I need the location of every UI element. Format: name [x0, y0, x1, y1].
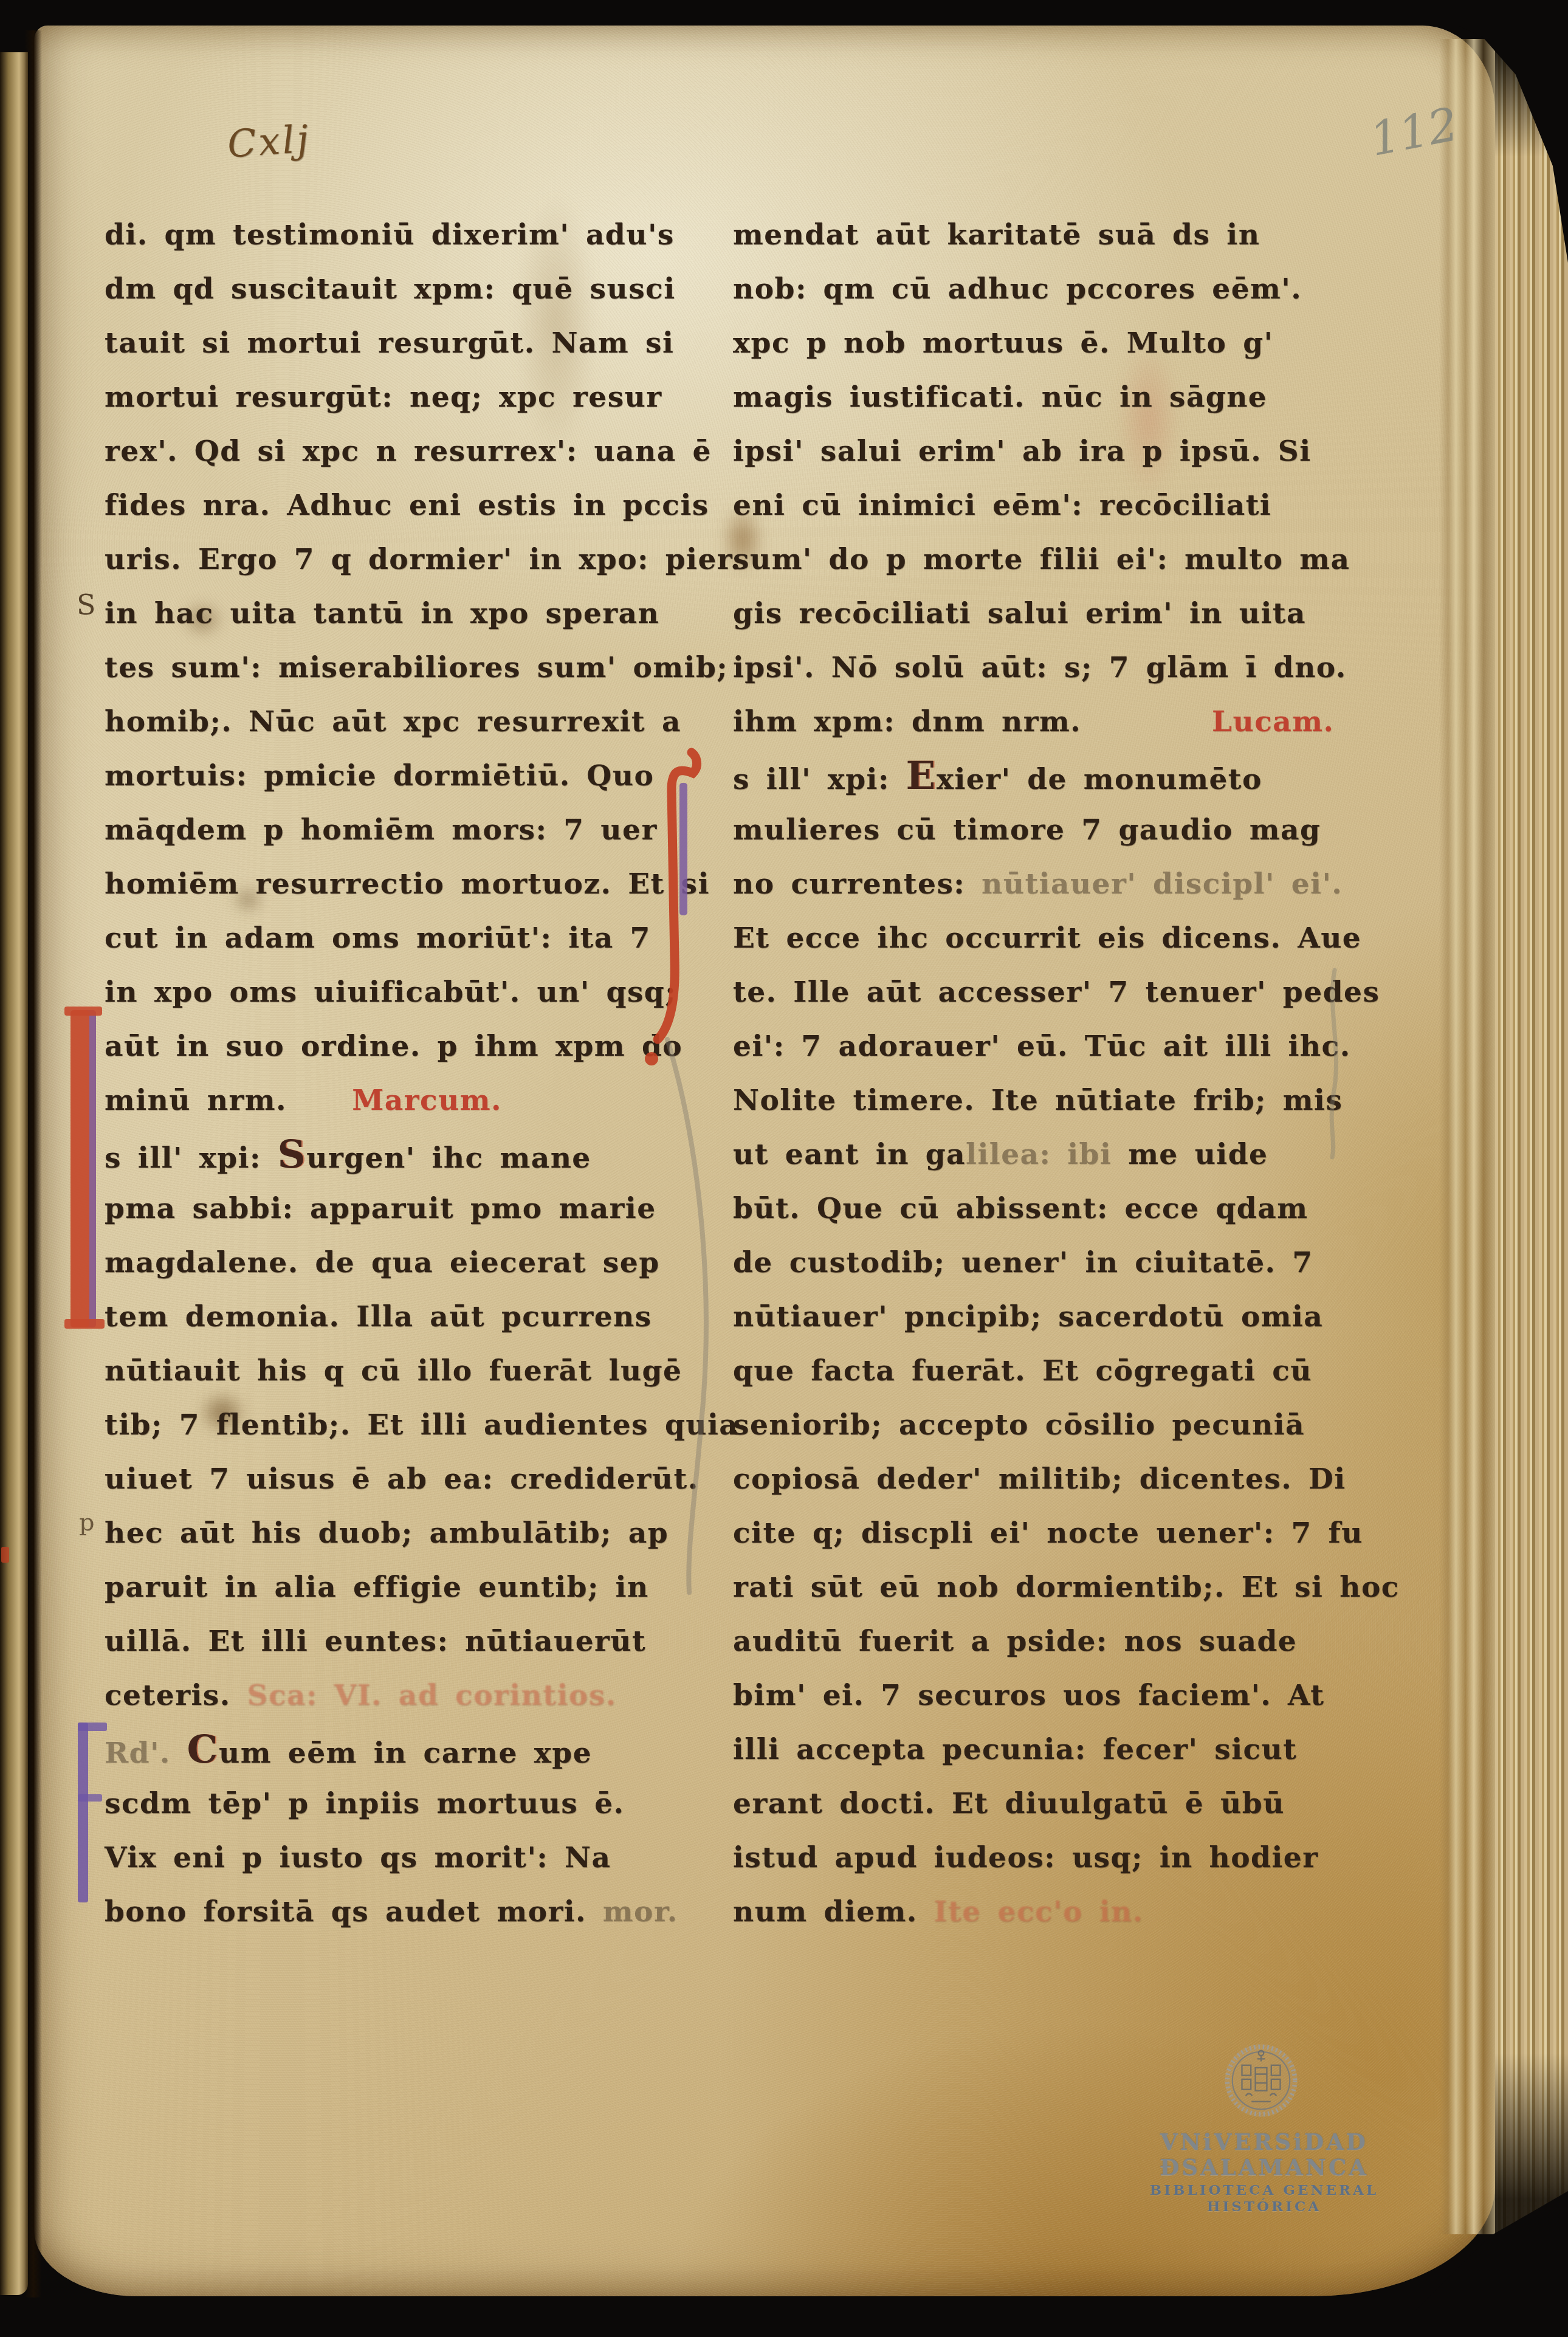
ink-text: dm qd suscitauit xpm: quē susci — [105, 272, 676, 306]
manuscript-line: Rd'. Cum eēm in carne xpe — [105, 1723, 667, 1777]
ink-text: uillā. Et illi euntes: nūtiauerūt — [105, 1625, 646, 1658]
ink-text: S — [278, 1132, 307, 1177]
ink-text: Et ecce ihc occurrit eis dicens. Aue — [733, 921, 1361, 955]
manuscript-line: cite q; discpli ei' nocte uener': 7 fu — [733, 1506, 1304, 1560]
manuscript-line: scdm tēp' p inpiis mortuus ē. — [105, 1777, 667, 1831]
ink-text: mortuis: pmicie dormiētiū. Quo — [105, 759, 654, 793]
manuscript-line: ipsi' salui erim' ab ira p ipsū. Si — [733, 424, 1304, 478]
flourished-initial-icon — [638, 740, 706, 1081]
manuscript-line: mendat aūt karitatē suā ds in — [733, 208, 1304, 262]
manuscript-line: eni cū inimici eēm': recōciliati — [733, 478, 1304, 532]
manuscript-line: te. Ille aūt accesser' 7 tenuer' pedes — [733, 965, 1304, 1019]
manuscript-line: istud apud iudeos: usq; in hodier — [733, 1831, 1304, 1885]
manuscript-line: seniorib; accepto cōsilio pecuniā — [733, 1398, 1304, 1452]
red-margin-initial-serif — [64, 1319, 105, 1329]
manuscript-line: di. qm testimoniū dixerim' adu's — [105, 208, 667, 262]
rubric-text: Lucam. — [1212, 705, 1334, 738]
gutter-crease — [24, 30, 45, 2297]
ink-text: gis recōciliati salui erim' in uita — [733, 597, 1306, 630]
manuscript-line: tem demonia. Illa aūt pcurrens — [105, 1290, 667, 1344]
manuscript-line: nob: qm cū adhuc pccores eēm'. — [733, 262, 1304, 316]
ink-text: mor. — [586, 1895, 678, 1929]
manuscript-photo: Cxlj 112 di. qm testimoniū dixerim' adu'… — [0, 0, 1568, 2337]
ink-text: Vix eni p iusto qs morit': Na — [105, 1841, 611, 1874]
gutter-red-mark — [1, 1547, 9, 1563]
ink-text: s ill' xpi: — [105, 1141, 278, 1175]
manuscript-line: de custodib; uener' in ciuitatē. 7 — [733, 1236, 1304, 1290]
ink-text: sum' do p morte filii ei': multo ma — [733, 543, 1350, 576]
ink-text: homib;. Nūc aūt xpc resurrexit a — [105, 705, 681, 738]
grey-margin-mark — [1318, 966, 1354, 1161]
ink-text: nūtiauer' discipl' ei'. — [982, 867, 1343, 901]
manuscript-line: ut eant in galilea: ibi me uide — [733, 1127, 1304, 1182]
purple-margin-initial-arm — [78, 1723, 107, 1731]
manuscript-line: mortui resurgūt: neq; xpc resur — [105, 370, 667, 424]
ink-text: ipsi' salui erim' ab ira p ipsū. Si — [733, 435, 1312, 468]
manuscript-line: auditū fuerit a pside: nos suade — [733, 1614, 1304, 1668]
ink-text: erant docti. Et diuulgatū ē ūbū — [733, 1787, 1285, 1820]
manuscript-line: no currentes: nūtiauer' discipl' ei'. — [733, 857, 1304, 911]
manuscript-line: ihm xpm: dnm nrm. Lucam. — [733, 695, 1304, 749]
ink-text: um eēm in carne xpe — [219, 1736, 592, 1770]
manuscript-line: rati sūt eū nob dormientib;. Et si hoc — [733, 1560, 1304, 1614]
ink-text: magis iustificati. nūc in sāgne — [733, 380, 1267, 414]
purple-margin-initial — [78, 1723, 88, 1902]
ink-text: bim' ei. 7 securos uos faciem'. At — [733, 1679, 1324, 1712]
margin-initial-p: p — [79, 1509, 95, 1537]
ink-text: eni cū inimici eēm': recōciliati — [733, 489, 1271, 522]
rubric-text: Ite ecc'o in. — [934, 1895, 1144, 1929]
manuscript-line: homib;. Nūc aūt xpc resurrexit a — [105, 695, 667, 749]
ink-text: mortui resurgūt: neq; xpc resur — [105, 380, 662, 414]
manuscript-line: ipsi'. Nō solū aūt: s; 7 glām ī dno. — [733, 641, 1304, 695]
ink-text: xier' de monumēto — [937, 763, 1262, 796]
ink-text: Rd'. — [105, 1736, 187, 1770]
ink-text: uiuet 7 uisus ē ab ea: crediderūt. — [105, 1462, 699, 1496]
ink-text: bono forsitā qs audet mori. — [105, 1895, 586, 1929]
grey-pen-mark — [656, 1033, 729, 1605]
ink-text: C — [187, 1727, 219, 1772]
ink-text: xpc p nob mortuus ē. Multo g' — [733, 326, 1273, 360]
manuscript-line: que facta fuerāt. Et cōgregati cū — [733, 1344, 1304, 1398]
manuscript-line: xpc p nob mortuus ē. Multo g' — [733, 316, 1304, 370]
ink-text: ceteris. — [105, 1679, 247, 1712]
ink-text: nūtiauit his q cū illo fuerāt lugē — [105, 1354, 682, 1388]
ink-text: nūtiauer' pncipib; sacerdotū omia — [733, 1300, 1323, 1334]
manuscript-line: būt. Que cū abissent: ecce qdam — [733, 1182, 1304, 1236]
ink-text: me uide — [1128, 1138, 1268, 1171]
manuscript-line: Nolite timere. Ite nūtiate frib; mis — [733, 1073, 1304, 1127]
ink-text: cut in adam oms moriūt': ita 7 — [105, 921, 651, 955]
ink-text: tem demonia. Illa aūt pcurrens — [105, 1300, 652, 1334]
ink-text: s ill' xpi: — [733, 763, 906, 796]
ink-text: magdalene. de qua eiecerat sep — [105, 1246, 660, 1279]
manuscript-line: s ill' xpi: Exier' de monumēto — [733, 749, 1304, 803]
manuscript-line: magis iustificati. nūc in sāgne — [733, 370, 1304, 424]
ink-text: que facta fuerāt. Et cōgregati cū — [733, 1354, 1312, 1388]
ink-text: pma sabbi: apparuit pmo marie — [105, 1192, 656, 1225]
ink-text: num diem. — [733, 1895, 934, 1929]
ink-text: paruit in alia effigie euntib; in — [105, 1571, 649, 1604]
margin-initial-s: S — [77, 588, 96, 621]
book-fore-edge-pages — [1495, 35, 1568, 2235]
ink-text: homiēm resurrectio mortuoz. Et si — [105, 867, 710, 901]
ink-text: aūt in suo ordine. p ihm xpm do — [105, 1030, 683, 1063]
ink-text: copiosā deder' militib; dicentes. Di — [733, 1462, 1346, 1496]
manuscript-line: Et ecce ihc occurrit eis dicens. Aue — [733, 911, 1304, 965]
ink-text: mulieres cū timore 7 gaudio mag — [733, 813, 1321, 847]
ink-text: mendat aūt karitatē suā ds in — [733, 218, 1260, 252]
ink-text: nob: qm cū adhuc pccores eēm'. — [733, 272, 1302, 306]
quire-mark: Cxlj — [226, 116, 312, 166]
manuscript-line: tauit si mortui resurgūt. Nam si — [105, 316, 667, 370]
page-fold-band — [1439, 39, 1495, 2234]
ink-text: Nolite timere. Ite nūtiate frib; mis — [733, 1084, 1343, 1117]
manuscript-line: Vix eni p iusto qs morit': Na — [105, 1831, 667, 1885]
ink-text: uris. Ergo 7 q dormier' in xpo: pier. — [105, 543, 741, 576]
ink-text: tes sum': miserabiliores sum' omib; — [105, 651, 728, 684]
manuscript-line: ei': 7 adorauer' eū. Tūc ait illi ihc. — [733, 1019, 1304, 1073]
manuscript-line: rex'. Qd si xpc n resurrex': uana ē — [105, 424, 667, 478]
manuscript-line: minū nrm. Marcum. — [105, 1073, 667, 1127]
ink-text: ipsi'. Nō solū aūt: s; 7 glām ī dno. — [733, 651, 1347, 684]
ink-text: in hac uita tantū in xpo speran — [105, 597, 659, 630]
ink-text: ut eant in ga — [733, 1138, 966, 1171]
manuscript-line: gis recōciliati salui erim' in uita — [733, 587, 1304, 641]
manuscript-line: in xpo oms uiuificabūt'. un' qsq; — [105, 965, 667, 1019]
manuscript-line: uris. Ergo 7 q dormier' in xpo: pier. — [105, 532, 667, 587]
manuscript-line: num diem. Ite ecc'o in. — [733, 1885, 1304, 1939]
manuscript-line: uillā. Et illi euntes: nūtiauerūt — [105, 1614, 667, 1668]
ink-text: te. Ille aūt accesser' 7 tenuer' pedes — [733, 976, 1380, 1009]
ink-text: tib; 7 flentib;. Et illi audientes quia — [105, 1408, 738, 1442]
manuscript-line: aūt in suo ordine. p ihm xpm do — [105, 1019, 667, 1073]
manuscript-line: nūtiauer' pncipib; sacerdotū omia — [733, 1290, 1304, 1344]
ink-text: seniorib; accepto cōsilio pecuniā — [733, 1408, 1305, 1442]
rubric-text: Sca: VI. ad corintios. — [247, 1679, 616, 1712]
red-margin-initial-serif — [64, 1007, 102, 1016]
ink-text: de custodib; uener' in ciuitatē. 7 — [733, 1246, 1313, 1279]
manuscript-line: bim' ei. 7 securos uos faciem'. At — [733, 1668, 1304, 1723]
manuscript-line: magdalene. de qua eiecerat sep — [105, 1236, 667, 1290]
purple-margin-initial-arm — [78, 1794, 102, 1802]
manuscript-line: mortuis: pmicie dormiētiū. Quo — [105, 749, 667, 803]
manuscript-line: fides nra. Adhuc eni estis in pccis — [105, 478, 667, 532]
manuscript-line: copiosā deder' militib; dicentes. Di — [733, 1452, 1304, 1506]
manuscript-line: s ill' xpi: Surgen' ihc mane — [105, 1127, 667, 1182]
university-seal-icon — [1223, 2042, 1299, 2119]
rubric-text: Marcum. — [352, 1084, 502, 1117]
right-text-column: mendat aūt karitatē suā ds innob: qm cū … — [733, 208, 1304, 1939]
manuscript-line: bono forsitā qs audet mori. mor. — [105, 1885, 667, 1939]
ink-text: ei': 7 adorauer' eū. Tūc ait illi ihc. — [733, 1030, 1351, 1063]
ink-text: cite q; discpli ei' nocte uener': 7 fu — [733, 1516, 1363, 1550]
manuscript-line: nūtiauit his q cū illo fuerāt lugē — [105, 1344, 667, 1398]
left-text-column: di. qm testimoniū dixerim' adu'sdm qd su… — [105, 208, 667, 1939]
manuscript-line: pma sabbi: apparuit pmo marie — [105, 1182, 667, 1236]
red-margin-initial — [70, 1010, 96, 1327]
ink-text: auditū fuerit a pside: nos suade — [733, 1625, 1297, 1658]
ink-text: di. qm testimoniū dixerim' adu's — [105, 218, 675, 252]
manuscript-line: māqdem p homiēm mors: 7 uer — [105, 803, 667, 857]
manuscript-line: in hac uita tantū in xpo speran — [105, 587, 667, 641]
manuscript-line: dm qd suscitauit xpm: quē susci — [105, 262, 667, 316]
manuscript-line: ceteris. Sca: VI. ad corintios. — [105, 1668, 667, 1723]
manuscript-line: homiēm resurrectio mortuoz. Et si — [105, 857, 667, 911]
ink-text: in xpo oms uiuificabūt'. un' qsq; — [105, 976, 676, 1009]
ink-text: istud apud iudeos: usq; in hodier — [733, 1841, 1318, 1874]
ink-text: rex'. Qd si xpc n resurrex': uana ē — [105, 435, 712, 468]
manuscript-line: cut in adam oms moriūt': ita 7 — [105, 911, 667, 965]
ink-text: E — [906, 753, 937, 799]
manuscript-line: hec aūt his duob; ambulātib; ap — [105, 1506, 667, 1560]
ink-text: lilea: ibi — [966, 1138, 1128, 1171]
manuscript-line: uiuet 7 uisus ē ab ea: crediderūt. — [105, 1452, 667, 1506]
stamp-library-text: BIBLIOTECA GENERAL HISTÓRICA — [1118, 2182, 1410, 2215]
ink-text: ihm xpm: dnm nrm. — [733, 705, 1212, 738]
stamp-university-text: VNiVERSiDAD — [1118, 2129, 1410, 2155]
manuscript-line: sum' do p morte filii ei': multo ma — [733, 532, 1304, 587]
ink-text: urgen' ihc mane — [306, 1141, 591, 1175]
manuscript-line: mulieres cū timore 7 gaudio mag — [733, 803, 1304, 857]
stamp-salamanca-text: ĐSALAMANCA — [1118, 2154, 1410, 2181]
manuscript-line: tes sum': miserabiliores sum' omib; — [105, 641, 667, 695]
manuscript-line: erant docti. Et diuulgatū ē ūbū — [733, 1777, 1304, 1831]
library-stamp: VNiVERSiDAD ĐSALAMANCA BIBLIOTECA GENERA… — [1118, 2036, 1410, 2212]
ink-text: no currentes: — [733, 867, 982, 901]
ink-text: tauit si mortui resurgūt. Nam si — [105, 326, 674, 360]
ink-text: scdm tēp' p inpiis mortuus ē. — [105, 1787, 624, 1820]
ink-text: minū nrm. — [105, 1084, 352, 1117]
ink-text: hec aūt his duob; ambulātib; ap — [105, 1516, 669, 1550]
ink-text: rati sūt eū nob dormientib;. Et si hoc — [733, 1571, 1400, 1604]
manuscript-line: illi accepta pecunia: fecer' sicut — [733, 1723, 1304, 1777]
ink-text: illi accepta pecunia: fecer' sicut — [733, 1733, 1297, 1766]
ink-text: māqdem p homiēm mors: 7 uer — [105, 813, 658, 847]
ink-text: būt. Que cū abissent: ecce qdam — [733, 1192, 1308, 1225]
ink-text: fides nra. Adhuc eni estis in pccis — [105, 489, 709, 522]
manuscript-line: tib; 7 flentib;. Et illi audientes quia — [105, 1398, 667, 1452]
manuscript-line: paruit in alia effigie euntib; in — [105, 1560, 667, 1614]
